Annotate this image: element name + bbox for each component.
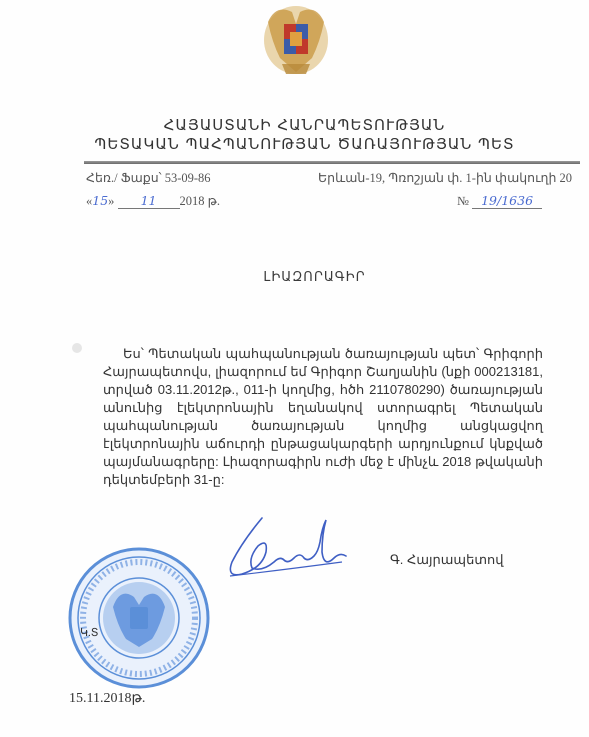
signature-date: 15.11.2018թ. <box>69 690 145 707</box>
official-seal-icon <box>68 547 210 689</box>
coat-of-arms-icon <box>262 2 330 80</box>
date-year: 2018 թ. <box>180 194 220 208</box>
quote-close: » <box>108 194 114 208</box>
document-title: ԼԻԱԶՈՐԱԳԻՐ <box>0 270 589 285</box>
phone-fax: Հեռ./ Ֆաքս՝ 53-09-86 <box>86 170 211 186</box>
header-divider <box>84 161 580 164</box>
date-month: 11 <box>118 193 180 209</box>
signer-name: Գ. Հայրապետով <box>390 552 503 568</box>
document-number: № 19/1636 <box>457 193 542 209</box>
date-day: 15 <box>92 193 108 208</box>
org-name-line2: ՊԵՏԱԿԱՆ ՊԱՀՊԱՆՈՒԹՅԱՆ ԾԱՌԱՅՈՒԹՅԱՆ ՊԵՏ <box>60 135 549 153</box>
number-prefix: № <box>457 194 469 208</box>
seal-label: Կ.Տ <box>80 626 99 639</box>
issue-date: «15» 112018 թ. <box>86 193 220 209</box>
org-name-line1: ՀԱՅԱՍՏԱՆԻ ՀԱՆՐԱՊԵՏՈՒԹՅԱՆ <box>60 116 549 134</box>
signature-icon <box>222 512 362 584</box>
document-page: ՀԱՅԱՍՏԱՆԻ ՀԱՆՐԱՊԵՏՈՒԹՅԱՆ ՊԵՏԱԿԱՆ ՊԱՀՊԱՆՈ… <box>0 0 589 737</box>
scan-speck <box>72 343 82 353</box>
document-body: Ես՝ Պետական պահպանության ծառայության պետ… <box>103 345 543 489</box>
number-value: 19/1636 <box>472 193 542 209</box>
address: Երևան-19, Պռոշյան փ. 1-ին փակուղի 20 <box>318 170 572 186</box>
